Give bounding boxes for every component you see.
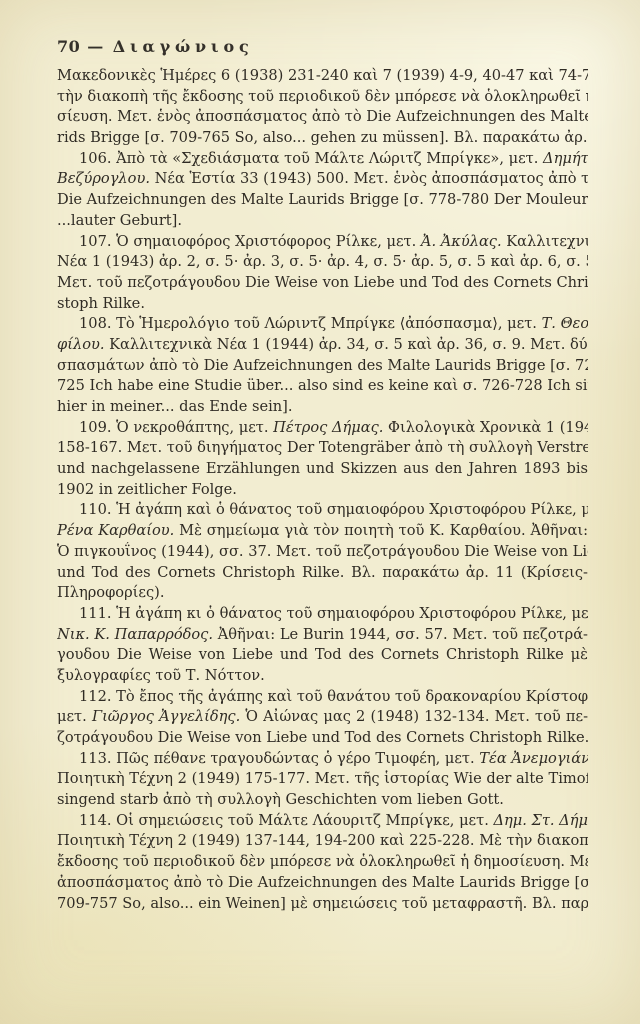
- entry-111-line: 111. Ἡ ἀγάπη κι ὁ θάνατος τοῦ σημαιοφόρο…: [57, 604, 588, 625]
- entry-105-continuation-line: Μακεδονικὲς Ἡμέρες 6 (1938) 231-240 καὶ …: [57, 66, 588, 87]
- entry-108-line: 108. Τὸ Ἡμερολόγιο τοῦ Λώριντζ Μπρίγκε ⟨…: [57, 314, 588, 335]
- text-segment: 110. Ἡ ἀγάπη καὶ ὁ θάνατος τοῦ σημαιοφόρ…: [79, 501, 588, 518]
- text-segment: Μακεδονικὲς Ἡμέρες 6 (1938) 231-240 καὶ …: [57, 67, 588, 84]
- text-segment: ἀποσπάσματος ἀπὸ τὸ Die Aufzeichnungen d…: [57, 874, 588, 891]
- entry-106-line: 106. Ἀπὸ τὰ «Σχεδιάσματα τοῦ Μάλτε Λώριτ…: [57, 149, 588, 170]
- entry-106-line: Βεζύρογλου. Νέα Ἑστία 33 (1943) 500. Μετ…: [57, 169, 588, 190]
- translator-name-italic: Πέτρος Δήμας.: [273, 419, 383, 436]
- text-segment: μετ.: [57, 708, 92, 725]
- entry-107-line: Νέα 1 (1943) ἀρ. 2, σ. 5· ἀρ. 3, σ. 5· ἀ…: [57, 252, 588, 273]
- text-segment: rids Brigge [σ. 709-765 So, also... gehe…: [57, 129, 588, 146]
- entry-114-line: 709-757 So, also... ein Weinen] μὲ σημει…: [57, 894, 588, 915]
- entry-108-line: 725 Ich habe eine Studie über... also si…: [57, 376, 588, 397]
- entry-107-line: 107. Ὁ σημαιοφόρος Χριστόφορος Ρίλκε, με…: [57, 232, 588, 253]
- text-segment: 107. Ὁ σημαιοφόρος Χριστόφορος Ρίλκε, με…: [79, 233, 421, 250]
- translator-name-italic: Τ. Θεο-: [542, 315, 588, 332]
- entry-114-line: 114. Οἱ σημειώσεις τοῦ Μάλτε Λάουριτζ Μπ…: [57, 811, 588, 832]
- translator-name-italic: φίλου.: [57, 336, 105, 353]
- entry-113-line: singend starb ἀπὸ τὴ συλλογὴ Geschichten…: [57, 790, 588, 811]
- entry-114-line: ἀποσπάσματος ἀπὸ τὸ Die Aufzeichnungen d…: [57, 873, 588, 894]
- text-segment: Μὲ σημείωμα γιὰ τὸν ποιητὴ τοῦ Κ. Καρθαί…: [174, 522, 588, 539]
- entry-106-line: Die Aufzeichnungen des Malte Laurids Bri…: [57, 190, 588, 211]
- entry-107-line: stoph Rilke.: [57, 294, 588, 315]
- text-segment: Ὁ Αἰώνας μας 2 (1948) 132-134. Μετ. τοῦ …: [240, 708, 588, 725]
- entry-114-line: Ποιητικὴ Τέχνη 2 (1949) 137-144, 194-200…: [57, 831, 588, 852]
- header-separator: —: [87, 37, 104, 56]
- text-segment: Die Aufzeichnungen des Malte Laurids Bri…: [57, 191, 588, 208]
- text-segment: 114. Οἱ σημειώσεις τοῦ Μάλτε Λάουριτζ Μπ…: [79, 812, 493, 829]
- entry-105-continuation-line: σίευση. Μετ. ἑνὸς ἀποσπάσματος ἀπὸ τὸ Di…: [57, 107, 588, 128]
- text-segment: Ὁ πιγκουΐνος (1944), σσ. 37. Μετ. τοῦ πε…: [57, 543, 588, 560]
- text-segment: 158-167. Μετ. τοῦ διηγήματος Der Totengr…: [57, 439, 588, 456]
- text-segment: 106. Ἀπὸ τὰ «Σχεδιάσματα τοῦ Μάλτε Λώριτ…: [79, 150, 543, 167]
- entry-108-line: hier in meiner... das Ende sein].: [57, 397, 588, 418]
- entry-112-line: 112. Τὸ ἔπος τῆς ἀγάπης καὶ τοῦ θανάτου …: [57, 687, 588, 708]
- entry-110-line: und Tod des Cornets Christoph Rilke. Βλ.…: [57, 563, 588, 584]
- text-segment: Καλλιτεχνικὰ Νέα 1 (1944) ἀρ. 34, σ. 5 κ…: [105, 336, 589, 353]
- entry-109-line: 158-167. Μετ. τοῦ διηγήματος Der Totengr…: [57, 438, 588, 459]
- entry-108-line: φίλου. Καλλιτεχνικὰ Νέα 1 (1944) ἀρ. 34,…: [57, 335, 588, 356]
- text-segment: 111. Ἡ ἀγάπη κι ὁ θάνατος τοῦ σημαιοφόρο…: [79, 605, 588, 622]
- text-segment: Νέα 1 (1943) ἀρ. 2, σ. 5· ἀρ. 3, σ. 5· ἀ…: [57, 253, 588, 270]
- entry-107-line: Μετ. τοῦ πεζοτράγουδου Die Weise von Lie…: [57, 273, 588, 294]
- translator-name-italic: Δημ. Στ. Δήμου.: [493, 812, 588, 829]
- text-segment: ἔκδοσης τοῦ περιοδικοῦ δὲν μπόρεσε νὰ ὁλ…: [57, 853, 588, 870]
- entry-114-line: ἔκδοσης τοῦ περιοδικοῦ δὲν μπόρεσε νὰ ὁλ…: [57, 852, 588, 873]
- text-segment: τὴν διακοπὴ τῆς ἔκδοσης τοῦ περιοδικοῦ δ…: [57, 88, 588, 105]
- text-segment: 112. Τὸ ἔπος τῆς ἀγάπης καὶ τοῦ θανάτου …: [79, 688, 588, 705]
- entry-108-line: σπασμάτων ἀπὸ τὸ Die Aufzeichnungen des …: [57, 356, 588, 377]
- text-segment: und Tod des Cornets Christoph Rilke. Βλ.…: [57, 564, 588, 581]
- text-block: Μακεδονικὲς Ἡμέρες 6 (1938) 231-240 καὶ …: [57, 66, 588, 914]
- entry-112-line: ζοτράγουδου Die Weise von Liebe und Tod …: [57, 728, 588, 749]
- translator-name-italic: Νικ. Κ. Παπαρρόδος.: [57, 626, 213, 643]
- text-segment: 113. Πῶς πέθανε τραγουδώντας ὁ γέρο Τιμο…: [79, 750, 479, 767]
- text-segment: ...lauter Geburt].: [57, 212, 182, 229]
- text-segment: Μετ. τοῦ πεζοτράγουδου Die Weise von Lie…: [57, 274, 588, 291]
- text-segment: Φιλολογικὰ Χρονικὰ 1 (1944): [383, 419, 588, 436]
- entry-111-line: ξυλογραφίες τοῦ Τ. Νόττον.: [57, 666, 588, 687]
- entry-106-line: ...lauter Geburt].: [57, 211, 588, 232]
- translator-name-italic: Ἀ. Ἀκύλας.: [421, 233, 502, 250]
- entry-111-line: γουδου Die Weise von Liebe und Tod des C…: [57, 645, 588, 666]
- entry-110-line: 110. Ἡ ἀγάπη καὶ ὁ θάνατος τοῦ σημαιοφόρ…: [57, 500, 588, 521]
- entry-113-line: Ποιητικὴ Τέχνη 2 (1949) 175-177. Μετ. τῆ…: [57, 769, 588, 790]
- page-header: 70—Διαγώνιος: [57, 37, 254, 56]
- text-segment: ζοτράγουδου Die Weise von Liebe und Tod …: [57, 729, 588, 746]
- translator-name-italic: Γιῶργος Ἀγγελίδης.: [92, 708, 240, 725]
- text-segment: 1902 in zeitlicher Folge.: [57, 481, 237, 498]
- entry-109-line: 1902 in zeitlicher Folge.: [57, 480, 588, 501]
- translator-name-italic: Τέα Ἀνεμογιάννη.: [479, 750, 588, 767]
- text-segment: singend starb ἀπὸ τὴ συλλογὴ Geschichten…: [57, 791, 504, 808]
- entry-109-line: und nachgelassene Erzählungen und Skizze…: [57, 459, 588, 480]
- entry-111-line: Νικ. Κ. Παπαρρόδος. Ἀθῆναι: Le Burin 194…: [57, 625, 588, 646]
- text-segment: hier in meiner... das Ende sein].: [57, 398, 293, 415]
- text-segment: und nachgelassene Erzählungen und Skizze…: [57, 460, 588, 477]
- text-segment: Νέα Ἑστία 33 (1943) 500. Μετ. ἑνὸς ἀποσπ…: [150, 170, 588, 187]
- translator-name-italic: Δημήτρης: [543, 150, 588, 167]
- translator-name-italic: Ρένα Καρθαίου.: [57, 522, 174, 539]
- text-segment: σπασμάτων ἀπὸ τὸ Die Aufzeichnungen des …: [57, 357, 588, 374]
- entry-110-line: Ρένα Καρθαίου. Μὲ σημείωμα γιὰ τὸν ποιητ…: [57, 521, 588, 542]
- entry-110-line: Πληροφορίες).: [57, 583, 588, 604]
- text-segment: 109. Ὁ νεκροθάπτης, μετ.: [79, 419, 273, 436]
- text-segment: stoph Rilke.: [57, 295, 145, 312]
- entry-110-line: Ὁ πιγκουΐνος (1944), σσ. 37. Μετ. τοῦ πε…: [57, 542, 588, 563]
- text-segment: γουδου Die Weise von Liebe und Tod des C…: [57, 646, 588, 663]
- entry-113-line: 113. Πῶς πέθανε τραγουδώντας ὁ γέρο Τιμο…: [57, 749, 588, 770]
- text-segment: Ἀθῆναι: Le Burin 1944, σσ. 57. Μετ. τοῦ …: [213, 626, 588, 643]
- entry-105-continuation-line: τὴν διακοπὴ τῆς ἔκδοσης τοῦ περιοδικοῦ δ…: [57, 87, 588, 108]
- text-segment: Πληροφορίες).: [57, 584, 164, 601]
- text-segment: 709-757 So, also... ein Weinen] μὲ σημει…: [57, 895, 588, 912]
- text-segment: Καλλιτεχνικὰ: [502, 233, 588, 250]
- entry-105-continuation-line: rids Brigge [σ. 709-765 So, also... gehe…: [57, 128, 588, 149]
- entry-112-line: μετ. Γιῶργος Ἀγγελίδης. Ὁ Αἰώνας μας 2 (…: [57, 707, 588, 728]
- page-number: 70: [57, 37, 80, 56]
- journal-title: Διαγώνιος: [113, 37, 254, 56]
- text-segment: 108. Τὸ Ἡμερολόγιο τοῦ Λώριντζ Μπρίγκε ⟨…: [79, 315, 542, 332]
- entry-109-line: 109. Ὁ νεκροθάπτης, μετ. Πέτρος Δήμας. Φ…: [57, 418, 588, 439]
- text-segment: Ποιητικὴ Τέχνη 2 (1949) 175-177. Μετ. τῆ…: [57, 770, 588, 787]
- text-segment: 725 Ich habe eine Studie über... also si…: [57, 377, 588, 394]
- translator-name-italic: Βεζύρογλου.: [57, 170, 150, 187]
- text-segment: σίευση. Μετ. ἑνὸς ἀποσπάσματος ἀπὸ τὸ Di…: [57, 108, 588, 125]
- text-segment: ξυλογραφίες τοῦ Τ. Νόττον.: [57, 667, 265, 684]
- text-segment: Ποιητικὴ Τέχνη 2 (1949) 137-144, 194-200…: [57, 832, 588, 849]
